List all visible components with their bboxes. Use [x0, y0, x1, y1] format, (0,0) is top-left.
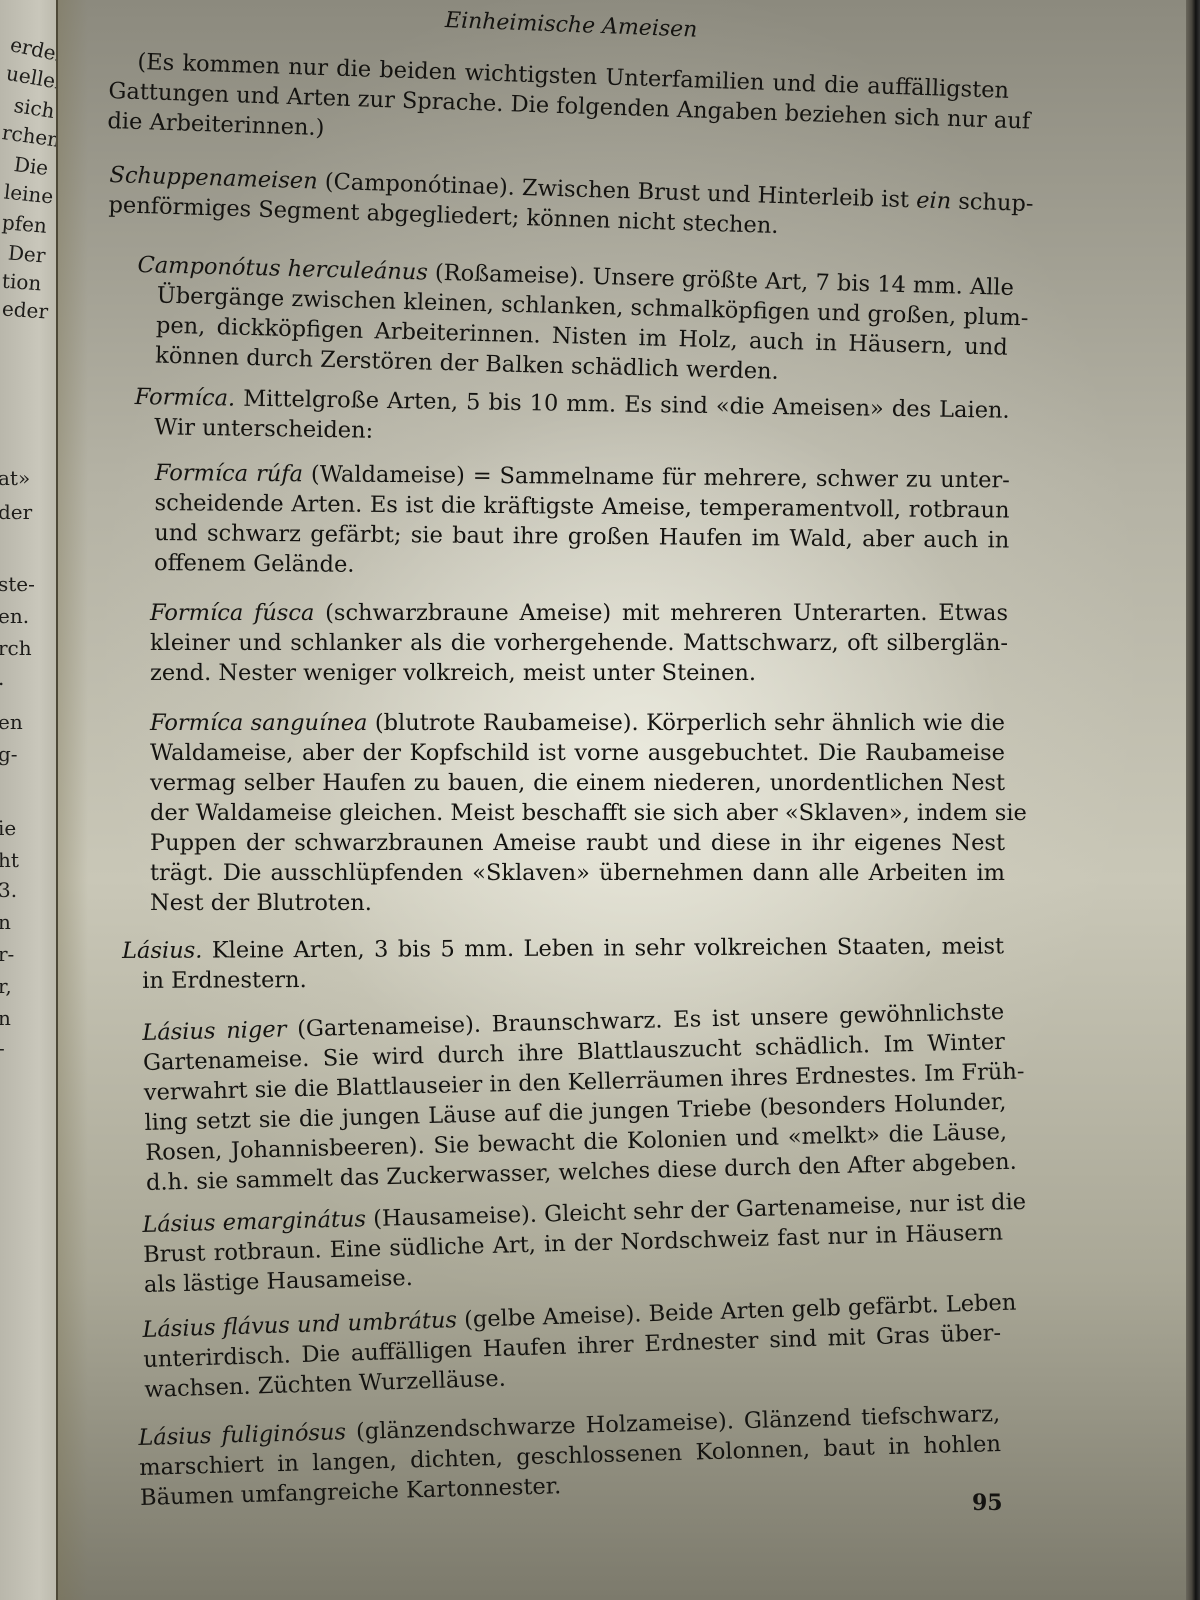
- left-page-fragment: sich: [13, 95, 56, 121]
- gutter-shadow: [58, 0, 88, 1600]
- entry-term: Formíca.: [135, 384, 236, 412]
- entry-term: Schuppenameisen: [109, 162, 318, 195]
- text-line: trägt. Die ausschlüpfenden «Sklaven» übe…: [150, 858, 1005, 888]
- entry-lasius-emarginatus: Lásius emarginátus (Hausameise). Gleicht…: [142, 1187, 1004, 1299]
- entry-formica-sanguinea: Formíca sanguínea (blutrote Raubameise).…: [150, 708, 1005, 918]
- left-page-fragment: 3.: [0, 880, 17, 900]
- emphasis: ein: [916, 187, 952, 214]
- entry-text: (Waldameise) = Sammelname für mehrere, s…: [303, 461, 1010, 493]
- entry-formica-fusca: Formíca fúsca (schwarzbraune Ameise) mit…: [150, 598, 1008, 688]
- left-page-fragment: leine: [3, 181, 54, 206]
- text-line: Puppen der schwarzbraunen Ameise raubt u…: [150, 828, 1005, 858]
- entry-term: Lásius fuliginósus: [138, 1419, 346, 1451]
- left-page-fragment: en: [0, 712, 23, 732]
- entry-formica-rufa: Formíca rúfa (Waldameise) = Sammelname f…: [154, 458, 1010, 585]
- entry-lasius: Lásius. Kleine Arten, 3 bis 5 mm. Leben …: [122, 931, 1004, 996]
- left-page-fragment: pfen: [1, 212, 47, 236]
- left-page-fragment: rch: [0, 638, 32, 658]
- left-page-fragment: g-: [0, 744, 18, 764]
- left-page-fragment: ste-: [0, 574, 35, 594]
- intro-paragraph: (Es kommen nur die beiden wichtigsten Un…: [107, 46, 1009, 166]
- page-number: 95: [972, 1488, 1003, 1518]
- text-line: Waldameise, aber der Kopfschild ist vorn…: [150, 738, 1005, 768]
- text-line: zend. Nester weniger volkreich, meist un…: [150, 658, 1008, 688]
- entry-text: schup-: [951, 188, 1034, 217]
- running-head: Einheimische Ameisen: [444, 6, 697, 46]
- entry-lasius-fuliginosus: Lásius fuliginósus (glänzendschwarze Hol…: [138, 1399, 1002, 1513]
- left-page-fragment: -: [0, 1038, 5, 1058]
- entry-text: Kleine Arten, 3 bis 5 mm. Leben in sehr …: [202, 933, 1004, 963]
- left-page-fragment: Der: [7, 242, 46, 265]
- book-page: Einheimische Ameisen (Es kommen nur die …: [110, 0, 1020, 1600]
- left-page-fragment: uellen: [5, 63, 56, 94]
- left-page-fragment: ie: [0, 818, 16, 838]
- left-page-fragment: rchen: [1, 122, 56, 150]
- left-page-fragment: eder: [1, 298, 48, 321]
- text-line: in Erdnestern.: [122, 961, 1004, 996]
- left-page-fragment: tion: [1, 271, 42, 294]
- entry-lasius-flavus: Lásius flávus und umbrátus (gelbe Ameise…: [142, 1288, 1002, 1405]
- text-line: vermag selber Haufen zu bauen, die einem…: [150, 768, 1005, 798]
- previous-page-edge: erden uellen sich rchen Die leine pfen D…: [0, 0, 56, 1600]
- left-page-fragment: ht: [0, 850, 19, 870]
- left-page-fragment: n: [0, 1008, 11, 1028]
- entry-text: (schwarzbraune Ameise) mit mehreren Unte…: [314, 600, 1008, 626]
- left-page-fragment: r-: [0, 944, 14, 964]
- left-page-fragment: at»: [0, 468, 30, 488]
- text-line: kleiner und schlanker als die vorhergehe…: [150, 628, 1008, 658]
- entry-term: Formíca rúfa: [155, 460, 303, 487]
- entry-term: Lásius niger: [142, 1016, 287, 1046]
- entry-text: (blutrote Raubameise). Körperlich sehr ä…: [367, 710, 1005, 736]
- left-page-fragment: en.: [0, 606, 29, 626]
- left-page-fragment: n: [0, 912, 11, 932]
- entry-term: Formíca sanguínea: [150, 710, 367, 736]
- entry-formica: Formíca. Mittelgroße Arten, 5 bis 10 mm.…: [134, 382, 1010, 456]
- text-line: der Waldameise gleichen. Meist beschafft…: [150, 798, 1005, 828]
- left-page-fragment: der: [0, 502, 32, 522]
- text-line: Nest der Blutroten.: [150, 888, 1005, 918]
- entry-term: Lásius emarginátus: [142, 1206, 366, 1238]
- entry-term: Formíca fúsca: [150, 600, 314, 626]
- entry-lasius-niger: Lásius niger (Gartenameise). Braunschwar…: [142, 997, 1008, 1198]
- entry-term: Lásius.: [122, 938, 202, 964]
- left-page-fragment: .: [0, 668, 4, 688]
- left-page-fragment: r,: [0, 976, 12, 996]
- left-page-fragment: Die: [13, 154, 49, 178]
- entry-camponotus: Camponótus herculeánus (Roßameise). Unse…: [135, 250, 1010, 393]
- entry-schuppenameisen: Schuppenameisen (Camponótinae). Zwischen…: [108, 160, 1009, 248]
- page-stack-edge: [1186, 0, 1200, 1600]
